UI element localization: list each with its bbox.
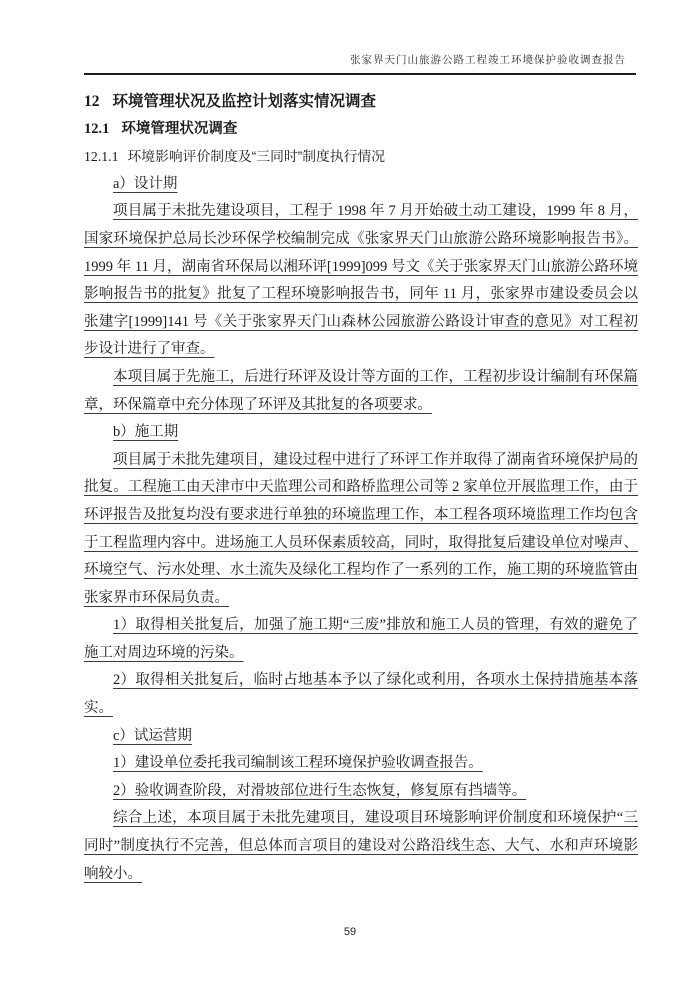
paragraph-construct-first: 本项目属于先施工，后进行环评及设计等方面的工作，工程初步设计编制有环保篇章，环保…: [84, 364, 638, 419]
document-body: 12环境管理状况及监控计划落实情况调查 12.1环境管理状况调查 12.1.1环…: [84, 88, 638, 888]
document-page: 张家界天门山旅游公路工程竣工环境保护验收调查报告 12环境管理状况及监控计划落实…: [0, 0, 700, 990]
running-header-title: 张家界天门山旅游公路工程竣工环境保护验收调查报告: [350, 55, 636, 66]
running-header: 张家界天门山旅游公路工程竣工环境保护验收调查报告: [84, 50, 636, 75]
list-item-construction-2: 2）取得相关批复后，临时占地基本予以了绿化或利用，各项水土保持措施基本落实。: [84, 667, 638, 722]
subsection-heading: 12.1.1环境影响评价制度及“三同时”制度执行情况: [84, 143, 638, 171]
paragraph-summary: 综合上述，本项目属于未批先建项目，建设项目环境影响评价制度和环境保护“三同时”制…: [84, 805, 638, 888]
chapter-heading: 12环境管理状况及监控计划落实情况调查: [84, 88, 638, 116]
paragraph-design-period: 项目属于未批先建设项目，工程于 1998 年 7 月开始破土动工建设，1999 …: [84, 198, 638, 364]
subsection-title: 环境影响评价制度及“三同时”制度执行情况: [128, 149, 386, 164]
section-number: 12.1: [84, 116, 109, 144]
phase-c-label: c）试运营期: [84, 723, 638, 751]
section-title: 环境管理状况调查: [121, 121, 237, 137]
chapter-number: 12: [84, 88, 100, 116]
subsection-number: 12.1.1: [84, 143, 119, 171]
section-heading: 12.1环境管理状况调查: [84, 116, 638, 144]
list-item-trial-1: 1）建设单位委托我司编制该工程环境保护验收调查报告。: [84, 750, 638, 778]
page-number: 59: [344, 926, 356, 938]
paragraph-construction-period: 项目属于未批先建项目，建设过程中进行了环评工作并取得了湖南省环境保护局的批复。工…: [84, 447, 638, 613]
list-item-construction-1: 1）取得相关批复后，加强了施工期“三废”排放和施工人员的管理，有效的避免了施工对…: [84, 612, 638, 667]
chapter-title: 环境管理状况及监控计划落实情况调查: [113, 93, 377, 110]
phase-b-label: b）施工期: [84, 419, 638, 447]
phase-a-label: a）设计期: [84, 171, 638, 199]
page-footer: 59: [0, 922, 700, 940]
list-item-trial-2: 2）验收调查阶段，对滑坡部位进行生态恢复，修复原有挡墙等。: [84, 778, 638, 806]
